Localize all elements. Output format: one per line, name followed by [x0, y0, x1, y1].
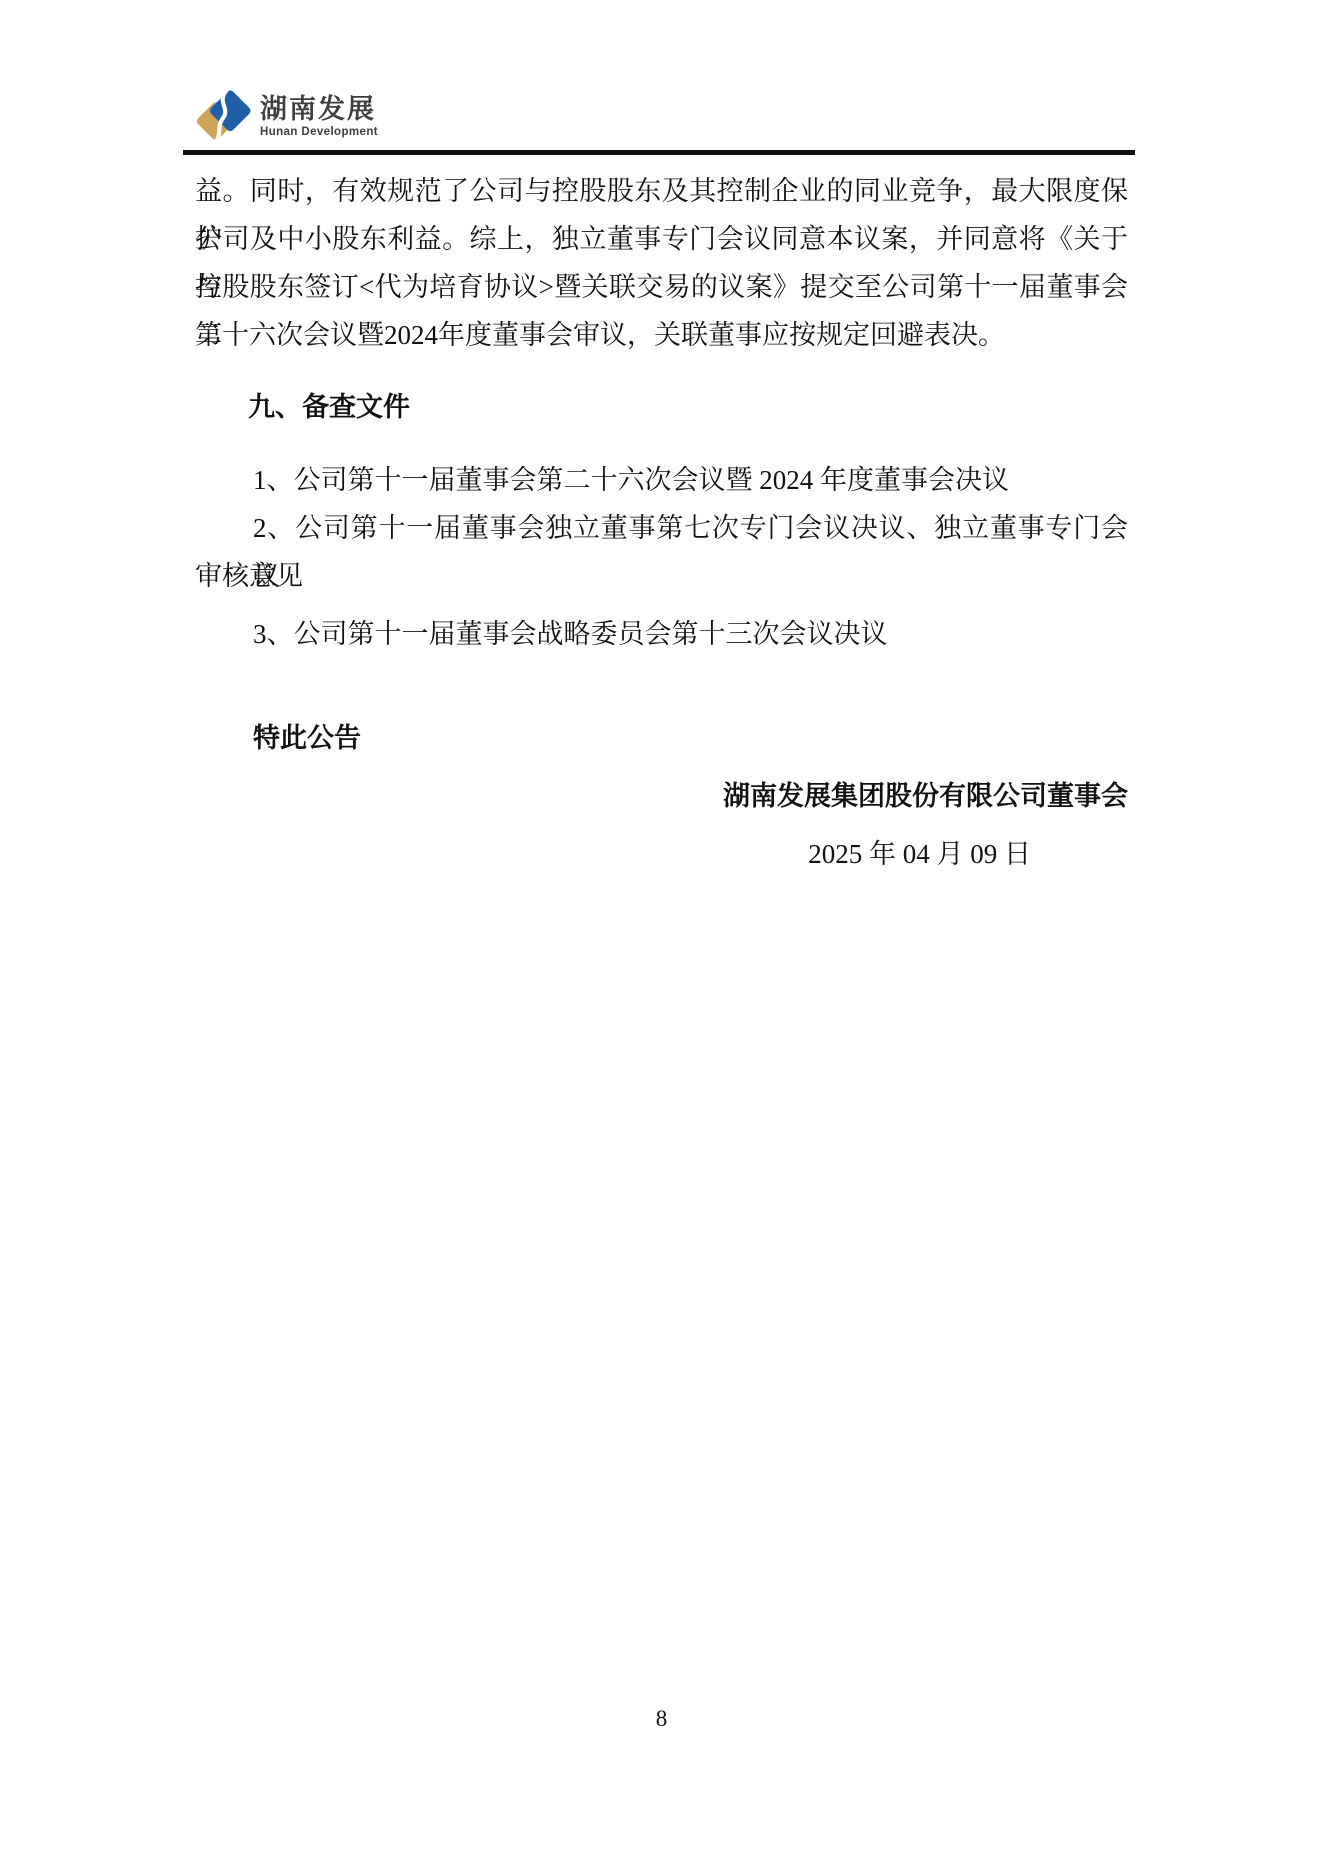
header-divider-line [183, 150, 1135, 155]
page-number: 8 [0, 1706, 1323, 1732]
page-header: 湖南发展 Hunan Development [196, 90, 378, 142]
logo-text-block: 湖南发展 Hunan Development [260, 94, 378, 139]
document-page: 湖南发展 Hunan Development 益。同时，有效规范了公司与控股股东… [0, 0, 1323, 1871]
brand-name-zh: 湖南发展 [260, 94, 378, 124]
document-body: 益。同时，有效规范了公司与控股股东及其控制企业的同业竞争，最大限度保护 公司及中… [195, 167, 1128, 878]
paragraph-line: 二十六次会议暨2024年度董事会审议，关联董事应按规定回避表决。 [195, 311, 1128, 359]
filing-list-item-continuation: 审核意见 [195, 552, 1128, 600]
paragraph-line: 益。同时，有效规范了公司与控股股东及其控制企业的同业竞争，最大限度保护 [195, 167, 1128, 215]
filing-list-item: 1、公司第十一届董事会第二十六次会议暨 2024 年度董事会决议 [195, 456, 1128, 504]
announcement-date: 2025 年 04 月 09 日 [195, 830, 1128, 878]
closing-statement: 特此公告 [195, 714, 1128, 762]
hunan-development-logo-icon [196, 90, 251, 142]
brand-name-en: Hunan Development [260, 125, 378, 139]
paragraph-line: 控股股东签订<代为培育协议>暨关联交易的议案》提交至公司第十一届董事会第 [195, 263, 1128, 311]
filing-list-item: 3、公司第十一届董事会战略委员会第十三次会议决议 [195, 610, 1128, 658]
board-signature: 湖南发展集团股份有限公司董事会 [195, 772, 1128, 820]
filing-list-item: 2、公司第十一届董事会独立董事第七次专门会议决议、独立董事专门会议 [195, 504, 1128, 552]
paragraph-line: 公司及中小股东利益。综上，独立董事专门会议同意本议案，并同意将《关于与 [195, 215, 1128, 263]
section-heading-filing-documents: 九、备查文件 [195, 383, 1128, 431]
